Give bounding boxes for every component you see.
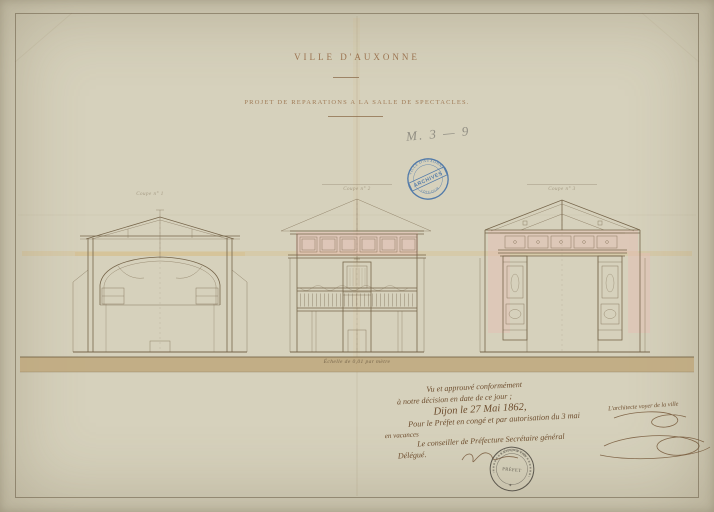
title-underline	[333, 77, 359, 78]
svg-text:CÔTE-D'OR: CÔTE-D'OR	[419, 185, 441, 196]
section-coupe-3	[480, 200, 650, 352]
scale-note: Échelle de 0,01 par mètre	[0, 359, 714, 365]
page-title: VILLE D'AUXONNE	[0, 52, 714, 62]
section-label-2: Coupe n° 2	[322, 184, 392, 192]
prefecture-stamp-star-icon: ✶	[508, 482, 512, 487]
prefecture-stamp-center-text: PRÉFET	[502, 466, 522, 474]
architect-signature	[614, 412, 686, 427]
section-label-3: Coupe n° 3	[527, 184, 597, 192]
drawing-sheet: VILLE D'AUXONNE PROJET DE REPARATIONS A …	[0, 0, 714, 512]
section-label-1: Coupe n° 1	[115, 192, 185, 197]
section-coupe-1	[73, 210, 247, 352]
archives-stamp-bottom-text: CÔTE-D'OR	[419, 185, 441, 196]
subtitle-underline	[328, 116, 383, 117]
prefecture-stamp: CÔTE-D'OR PRÉFET ✶	[483, 440, 540, 497]
page-subtitle: PROJET DE REPARATIONS A LA SALLE DE SPEC…	[0, 99, 714, 106]
archives-stamp: VILLE D'AUXONNE CÔTE-D'OR ARCHIVES	[401, 152, 454, 205]
archives-stamp-banner: ARCHIVES	[409, 167, 447, 191]
